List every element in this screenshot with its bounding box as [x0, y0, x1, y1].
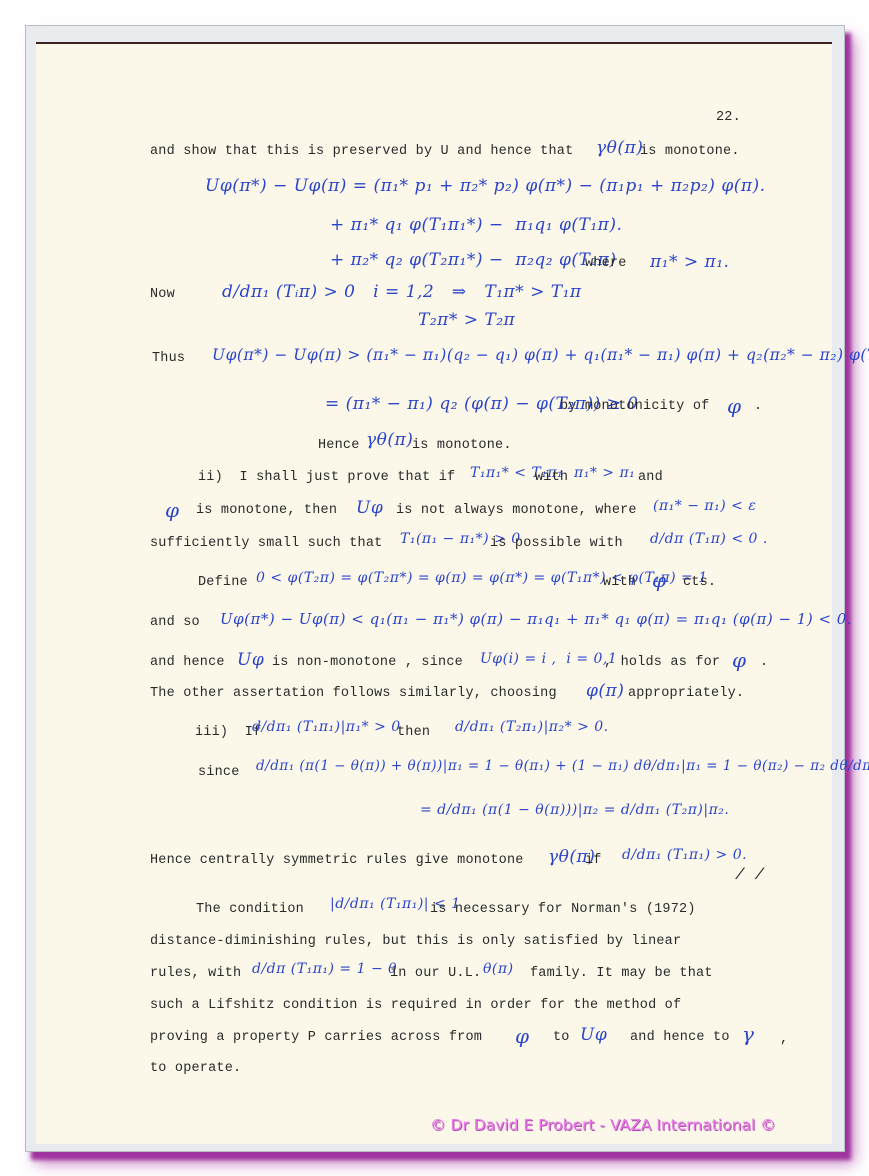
text-line: and: [638, 470, 663, 485]
text-line: since: [198, 765, 240, 780]
end-of-proof-mark: / /: [735, 866, 764, 884]
copyright-watermark: © Dr David E Probert - VAZA Internationa…: [430, 1116, 776, 1134]
handwritten-math: π₁* > π₁.: [650, 252, 729, 272]
page-number: 22.: [716, 110, 741, 125]
phi-symbol: φ: [515, 1024, 530, 1048]
handwritten-math: d/dπ₁ (T₁π₁) > 0.: [622, 847, 747, 863]
text-line: Now: [150, 287, 175, 302]
handwritten-math: Uφ: [356, 498, 383, 518]
text-line: and hence to: [630, 1030, 730, 1045]
text-line: Define: [198, 575, 248, 590]
handwritten-math: Uφ: [580, 1025, 607, 1045]
handwritten-math: θ(π): [483, 961, 514, 977]
gamma-symbol: γ: [742, 1022, 754, 1046]
text-line: and show that this is preserved by U and…: [150, 144, 573, 159]
text-line: and so: [150, 615, 200, 630]
text-line: proving a property P carries across from: [150, 1030, 482, 1045]
handwritten-equation: Uφ(π*) − Uφ(π) < q₁(π₁ − π₁*) φ(π) − π₁q…: [220, 610, 852, 628]
text-line: sufficiently small such that: [150, 536, 382, 551]
text-line: The condition: [196, 902, 304, 917]
text-line: and hence: [150, 655, 225, 670]
handwritten-math: d/dπ₁ (T₂π₁)|π₂* > 0.: [455, 719, 609, 735]
text-line: by monotonicity of: [560, 399, 709, 414]
handwritten-math: d/dπ (T₁π) < 0 .: [650, 531, 768, 547]
handwritten-math: d/dπ₁ (Tᵢπ) > 0 i = 1,2 ⇒ T₁π* > T₁π: [222, 282, 582, 302]
text-line: cts.: [683, 575, 716, 590]
phi-symbol: φ: [165, 498, 180, 522]
text-line: if: [585, 853, 602, 868]
text-line: appropriately.: [628, 686, 744, 701]
handwritten-equation: = d/dπ₁ (π(1 − θ(π)))|π₂ = d/dπ₁ (T₂π)|π…: [420, 802, 729, 818]
handwritten-equation: + π₂* q₂ φ(T₂π₁*) − π₂q₂ φ(T₂π): [330, 250, 617, 270]
text-line: family. It may be that: [530, 966, 713, 981]
text-line: .: [754, 399, 762, 414]
text-line: to operate.: [150, 1061, 241, 1076]
text-line: to: [553, 1030, 570, 1045]
handwritten-math: T₂π* > T₂π: [418, 310, 515, 330]
text-line: Thus: [152, 351, 185, 366]
text-line: with: [603, 575, 636, 590]
handwritten-math: Uφ(i) = i , i = 0,1: [480, 651, 617, 667]
handwritten-math: (π₁* − π₁) < ε: [653, 498, 756, 514]
phi-symbol: φ: [732, 648, 747, 672]
text-line: is monotone.: [640, 144, 740, 159]
handwritten-math: γθ(π): [596, 138, 643, 158]
phi-symbol: φ: [652, 568, 667, 592]
text-line: is monotone, then: [196, 503, 337, 518]
handwritten-math: d/dπ (T₁π₁) = 1 − θ: [252, 961, 397, 977]
handwritten-equation: Uφ(π*) − Uφ(π) = (π₁* p₁ + π₂* p₂) φ(π*)…: [205, 176, 766, 196]
handwritten-math: d/dπ₁ (T₁π₁)|π₁* > 0: [252, 719, 401, 735]
text-line: ,: [780, 1032, 788, 1047]
text-line: with: [535, 470, 568, 485]
text-line: The other assertation follows similarly,…: [150, 686, 557, 701]
text-line: Hence centrally symmetric rules give mon…: [150, 853, 524, 868]
text-line: where: [585, 256, 627, 271]
text-line: .: [760, 655, 768, 670]
handwritten-equation: Uφ(π*) − Uφ(π) > (π₁* − π₁)(q₂ − q₁) φ(π…: [212, 346, 869, 364]
text-line: is not always monotone, where: [396, 503, 637, 518]
text-line: , holds as for: [604, 655, 720, 670]
handwritten-math: 0 < φ(T₂π) = φ(T₂π*) = φ(π) = φ(π*) = φ(…: [256, 570, 708, 586]
text-line: ii) I shall just prove that if: [198, 470, 455, 485]
text-line: is necessary for Norman's (1972): [430, 902, 696, 917]
handwritten-equation: + π₁* q₁ φ(T₁π₁*) − π₁q₁ φ(T₁π).: [330, 215, 622, 235]
phi-symbol: φ: [727, 394, 742, 418]
text-line: is monotone.: [412, 438, 512, 453]
text-line: rules, with: [150, 966, 241, 981]
handwritten-equation: d/dπ₁ (π(1 − θ(π)) + θ(π))|π₁ = 1 − θ(π₁…: [256, 758, 869, 774]
handwritten-math: φ(π): [586, 681, 624, 701]
text-line: distance-diminishing rules, but this is …: [150, 934, 681, 949]
text-line: then: [397, 725, 430, 740]
text-line: is possible with: [490, 536, 623, 551]
handwritten-math: γθ(π): [366, 430, 413, 450]
text-line: such a Lifshitz condition is required in…: [150, 998, 681, 1013]
handwritten-math: Uφ: [237, 650, 264, 670]
text-line: is non-monotone , since: [272, 655, 463, 670]
text-line: in our U.L.: [390, 966, 481, 981]
handwritten-math: π₁* > π₁: [574, 465, 635, 481]
text-line: Hence: [318, 438, 360, 453]
